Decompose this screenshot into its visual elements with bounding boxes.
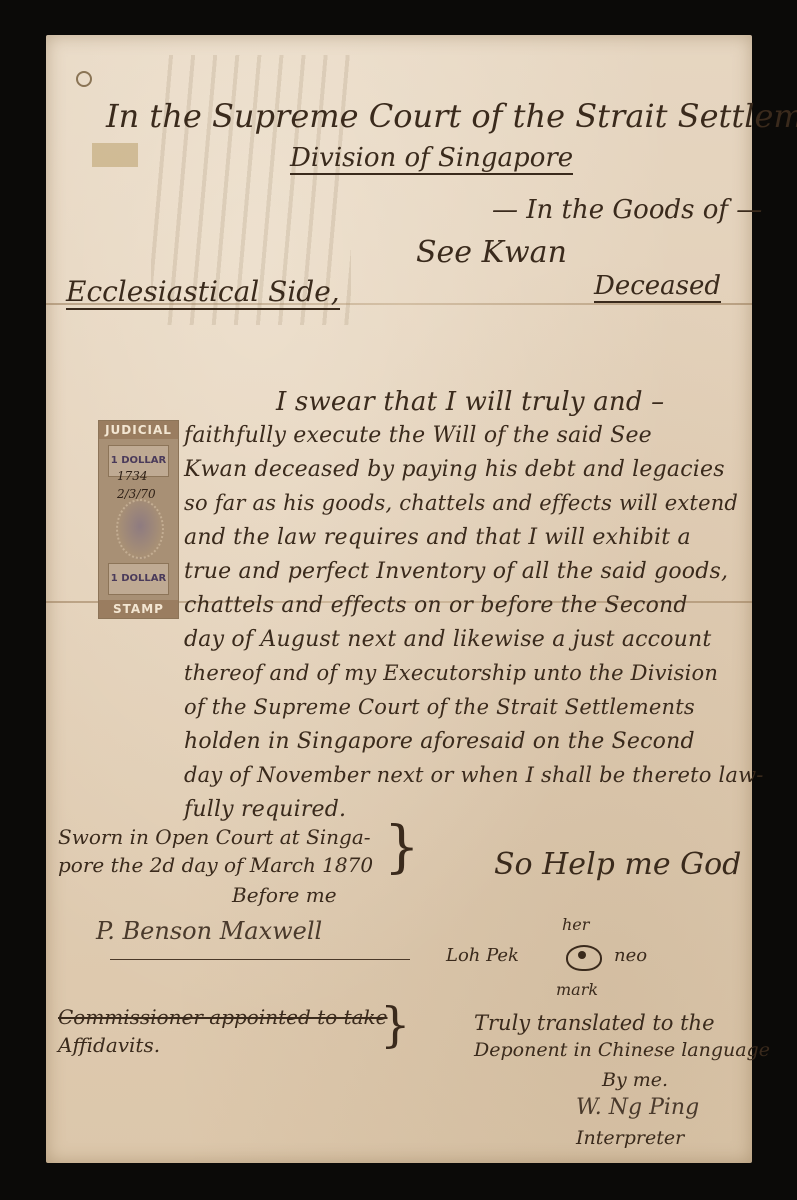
commissioner-title-struck: Commissioner appointed to take <box>58 1005 388 1029</box>
interpreter-role: Interpreter <box>576 1127 684 1149</box>
affidavits-label: Affidavits. <box>58 1033 160 1057</box>
stamp-top-label: JUDICIAL <box>99 421 178 439</box>
deponent-mark-icon <box>566 945 602 971</box>
oath-line-13: fully required. <box>184 797 346 822</box>
stamp-value-bottom: 1 DOLLAR <box>108 563 169 595</box>
signature-rule <box>110 959 410 960</box>
deponent-name-right: neo <box>614 945 647 966</box>
oath-line-4: so far as his goods, chattels and effect… <box>184 491 738 515</box>
jurat-brace: } <box>384 815 420 880</box>
jurat-line-2: pore the 2d day of March 1870 <box>58 853 373 877</box>
before-me-label: Before me <box>232 883 337 907</box>
deceased-status: Deceased <box>594 271 721 303</box>
queen-portrait-icon <box>116 499 164 559</box>
goods-of-line: — In the Goods of — <box>492 195 762 225</box>
oath-closing: So Help me God <box>494 847 741 882</box>
translation-line-2: Deponent in Chinese language <box>474 1039 770 1061</box>
interpreter-signature: W. Ng Ping <box>576 1095 699 1120</box>
division-heading: Division of Singapore <box>290 143 573 175</box>
stamp-annotation-date: 2/3/70 <box>117 487 156 501</box>
mark-label: mark <box>556 980 598 999</box>
oath-line-9: thereof and of my Executorship unto the … <box>184 661 718 685</box>
stamp-annotation-number: 1734 <box>117 469 148 483</box>
judge-signature: P. Benson Maxwell <box>96 917 322 945</box>
oath-line-1: I swear that I will truly and – <box>276 387 664 417</box>
oath-line-3: Kwan deceased by paying his debt and leg… <box>184 457 725 482</box>
oath-line-5: and the law requires and that I will exh… <box>184 525 691 550</box>
commissioner-brace: } <box>380 997 411 1053</box>
oath-line-10: of the Supreme Court of the Strait Settl… <box>184 695 695 719</box>
ecclesiastical-side-label: Ecclesiastical Side, <box>66 275 340 310</box>
oath-line-11: holden in Singapore aforesaid on the Sec… <box>184 729 695 754</box>
her-label: her <box>562 915 589 934</box>
translation-line-1: Truly translated to the <box>474 1011 715 1035</box>
deceased-name: See Kwan <box>416 235 567 270</box>
oath-line-7: chattels and effects on or before the Se… <box>184 593 688 618</box>
judicial-stamp: JUDICIAL 1 DOLLAR 1734 2/3/70 1 DOLLAR S… <box>98 420 179 619</box>
deponent-name-left: Loh Pek <box>446 945 519 966</box>
oath-line-6: true and perfect Inventory of all the sa… <box>184 559 728 584</box>
court-document-page: In the Supreme Court of the Strait Settl… <box>46 35 752 1163</box>
oath-line-12: day of November next or when I shall be … <box>184 763 764 787</box>
tape-residue <box>92 143 138 167</box>
stamp-bottom-label: STAMP <box>99 600 178 618</box>
oath-line-8: day of August next and likewise a just a… <box>184 627 711 652</box>
court-heading: In the Supreme Court of the Strait Settl… <box>106 97 797 135</box>
jurat-line-1: Sworn in Open Court at Singa- <box>58 825 371 849</box>
by-me-label: By me. <box>602 1069 668 1091</box>
punch-hole <box>76 71 92 87</box>
oath-line-2: faithfully execute the Will of the said … <box>184 423 652 448</box>
